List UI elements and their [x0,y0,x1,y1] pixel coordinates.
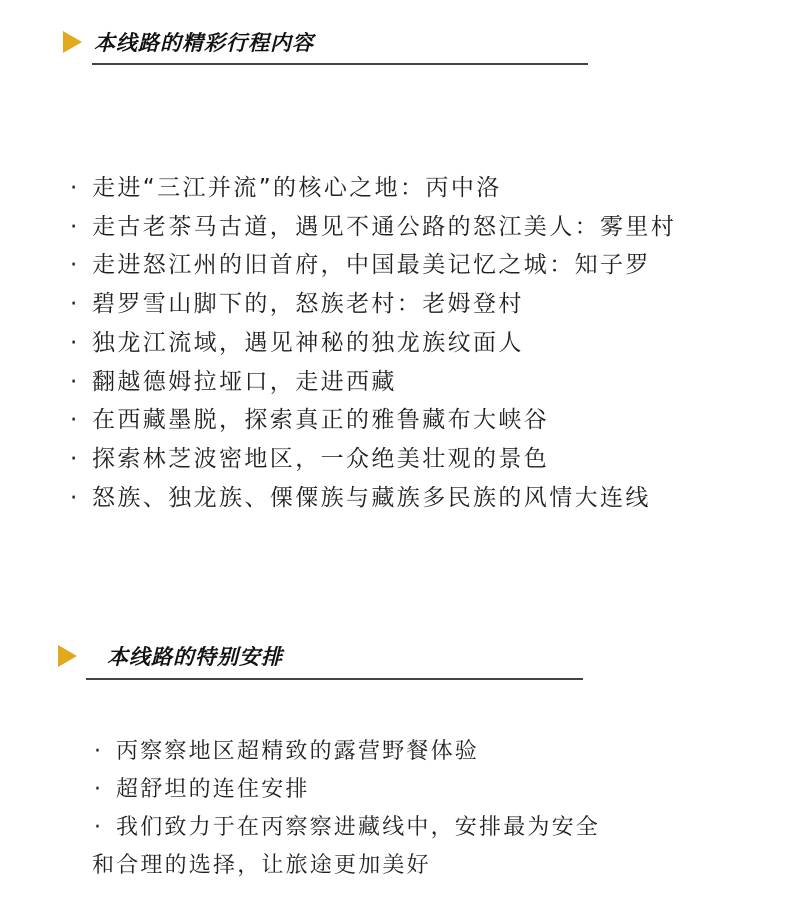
special-list: ·丙察察地区超精致的露营野餐体验 ·超舒坦的连住安排 ·我们致力于在丙察察进藏线… [94,733,600,885]
list-item-continuation: 和合理的选择，让旅途更加美好 [92,847,600,885]
bullet: · [94,809,116,847]
list-item: ·探索林芝波密地区，一众绝美壮观的景色 [70,440,676,479]
section-divider [86,678,583,680]
bullet: · [70,285,92,324]
list-item: ·走进怒江州的旧首府，中国最美记忆之城：知子罗 [70,246,676,285]
triangle-marker-icon [63,31,82,53]
section-title: 本线路的特别安排 [107,641,283,671]
bullet: · [94,733,116,771]
bullet: · [70,246,92,285]
list-item: ·丙察察地区超精致的露营野餐体验 [94,733,600,771]
bullet: · [70,440,92,479]
section-title: 本线路的精彩行程内容 [94,27,314,57]
bullet: · [94,771,116,809]
list-item: ·怒族、独龙族、傈僳族与藏族多民族的风情大连线 [70,479,676,518]
list-item: ·超舒坦的连住安排 [94,771,600,809]
bullet: · [70,479,92,518]
bullet: · [70,324,92,363]
section-divider [92,63,588,65]
bullet: · [70,401,92,440]
bullet: · [70,363,92,402]
list-item: ·在西藏墨脱，探索真正的雅鲁藏布大峡谷 [70,401,676,440]
triangle-marker-icon [58,645,77,667]
highlights-list: ·走进“三江并流”的核心之地：丙中洛 ·走古老茶马古道，遇见不通公路的怒江美人：… [70,169,676,517]
list-item: ·翻越德姆拉垭口，走进西藏 [70,363,676,402]
bullet: · [70,208,92,247]
bullet: · [70,169,92,208]
section-header-highlights: 本线路的精彩行程内容 [63,27,314,57]
list-item: ·碧罗雪山脚下的，怒族老村：老姆登村 [70,285,676,324]
list-item: ·走进“三江并流”的核心之地：丙中洛 [70,169,676,208]
section-header-special: 本线路的特别安排 [58,641,283,671]
list-item: ·我们致力于在丙察察进藏线中，安排最为安全 [94,809,600,847]
list-item: ·走古老茶马古道，遇见不通公路的怒江美人：雾里村 [70,208,676,247]
list-item: ·独龙江流域，遇见神秘的独龙族纹面人 [70,324,676,363]
